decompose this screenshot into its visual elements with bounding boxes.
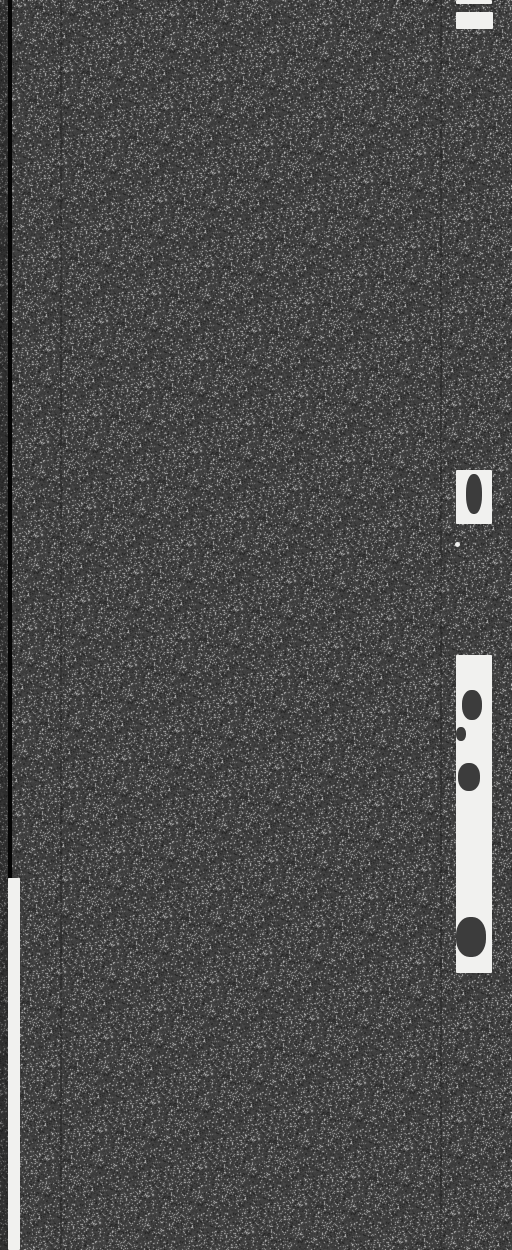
pavement-seam	[440, 0, 442, 1250]
marking-fragment	[455, 542, 460, 547]
edge-line-solid	[8, 878, 20, 1250]
road-edge-shadow	[0, 0, 8, 1250]
asphalt-texture	[0, 0, 512, 1250]
lane-marking-dash	[456, 12, 493, 29]
lane-marking-dash	[456, 0, 492, 4]
lane-marking-dash-worn	[456, 655, 492, 973]
pavement-seam	[60, 0, 62, 1250]
lane-marking-dash-worn	[456, 470, 492, 524]
road-surface-photo	[0, 0, 512, 1250]
pavement-crack	[8, 0, 12, 878]
